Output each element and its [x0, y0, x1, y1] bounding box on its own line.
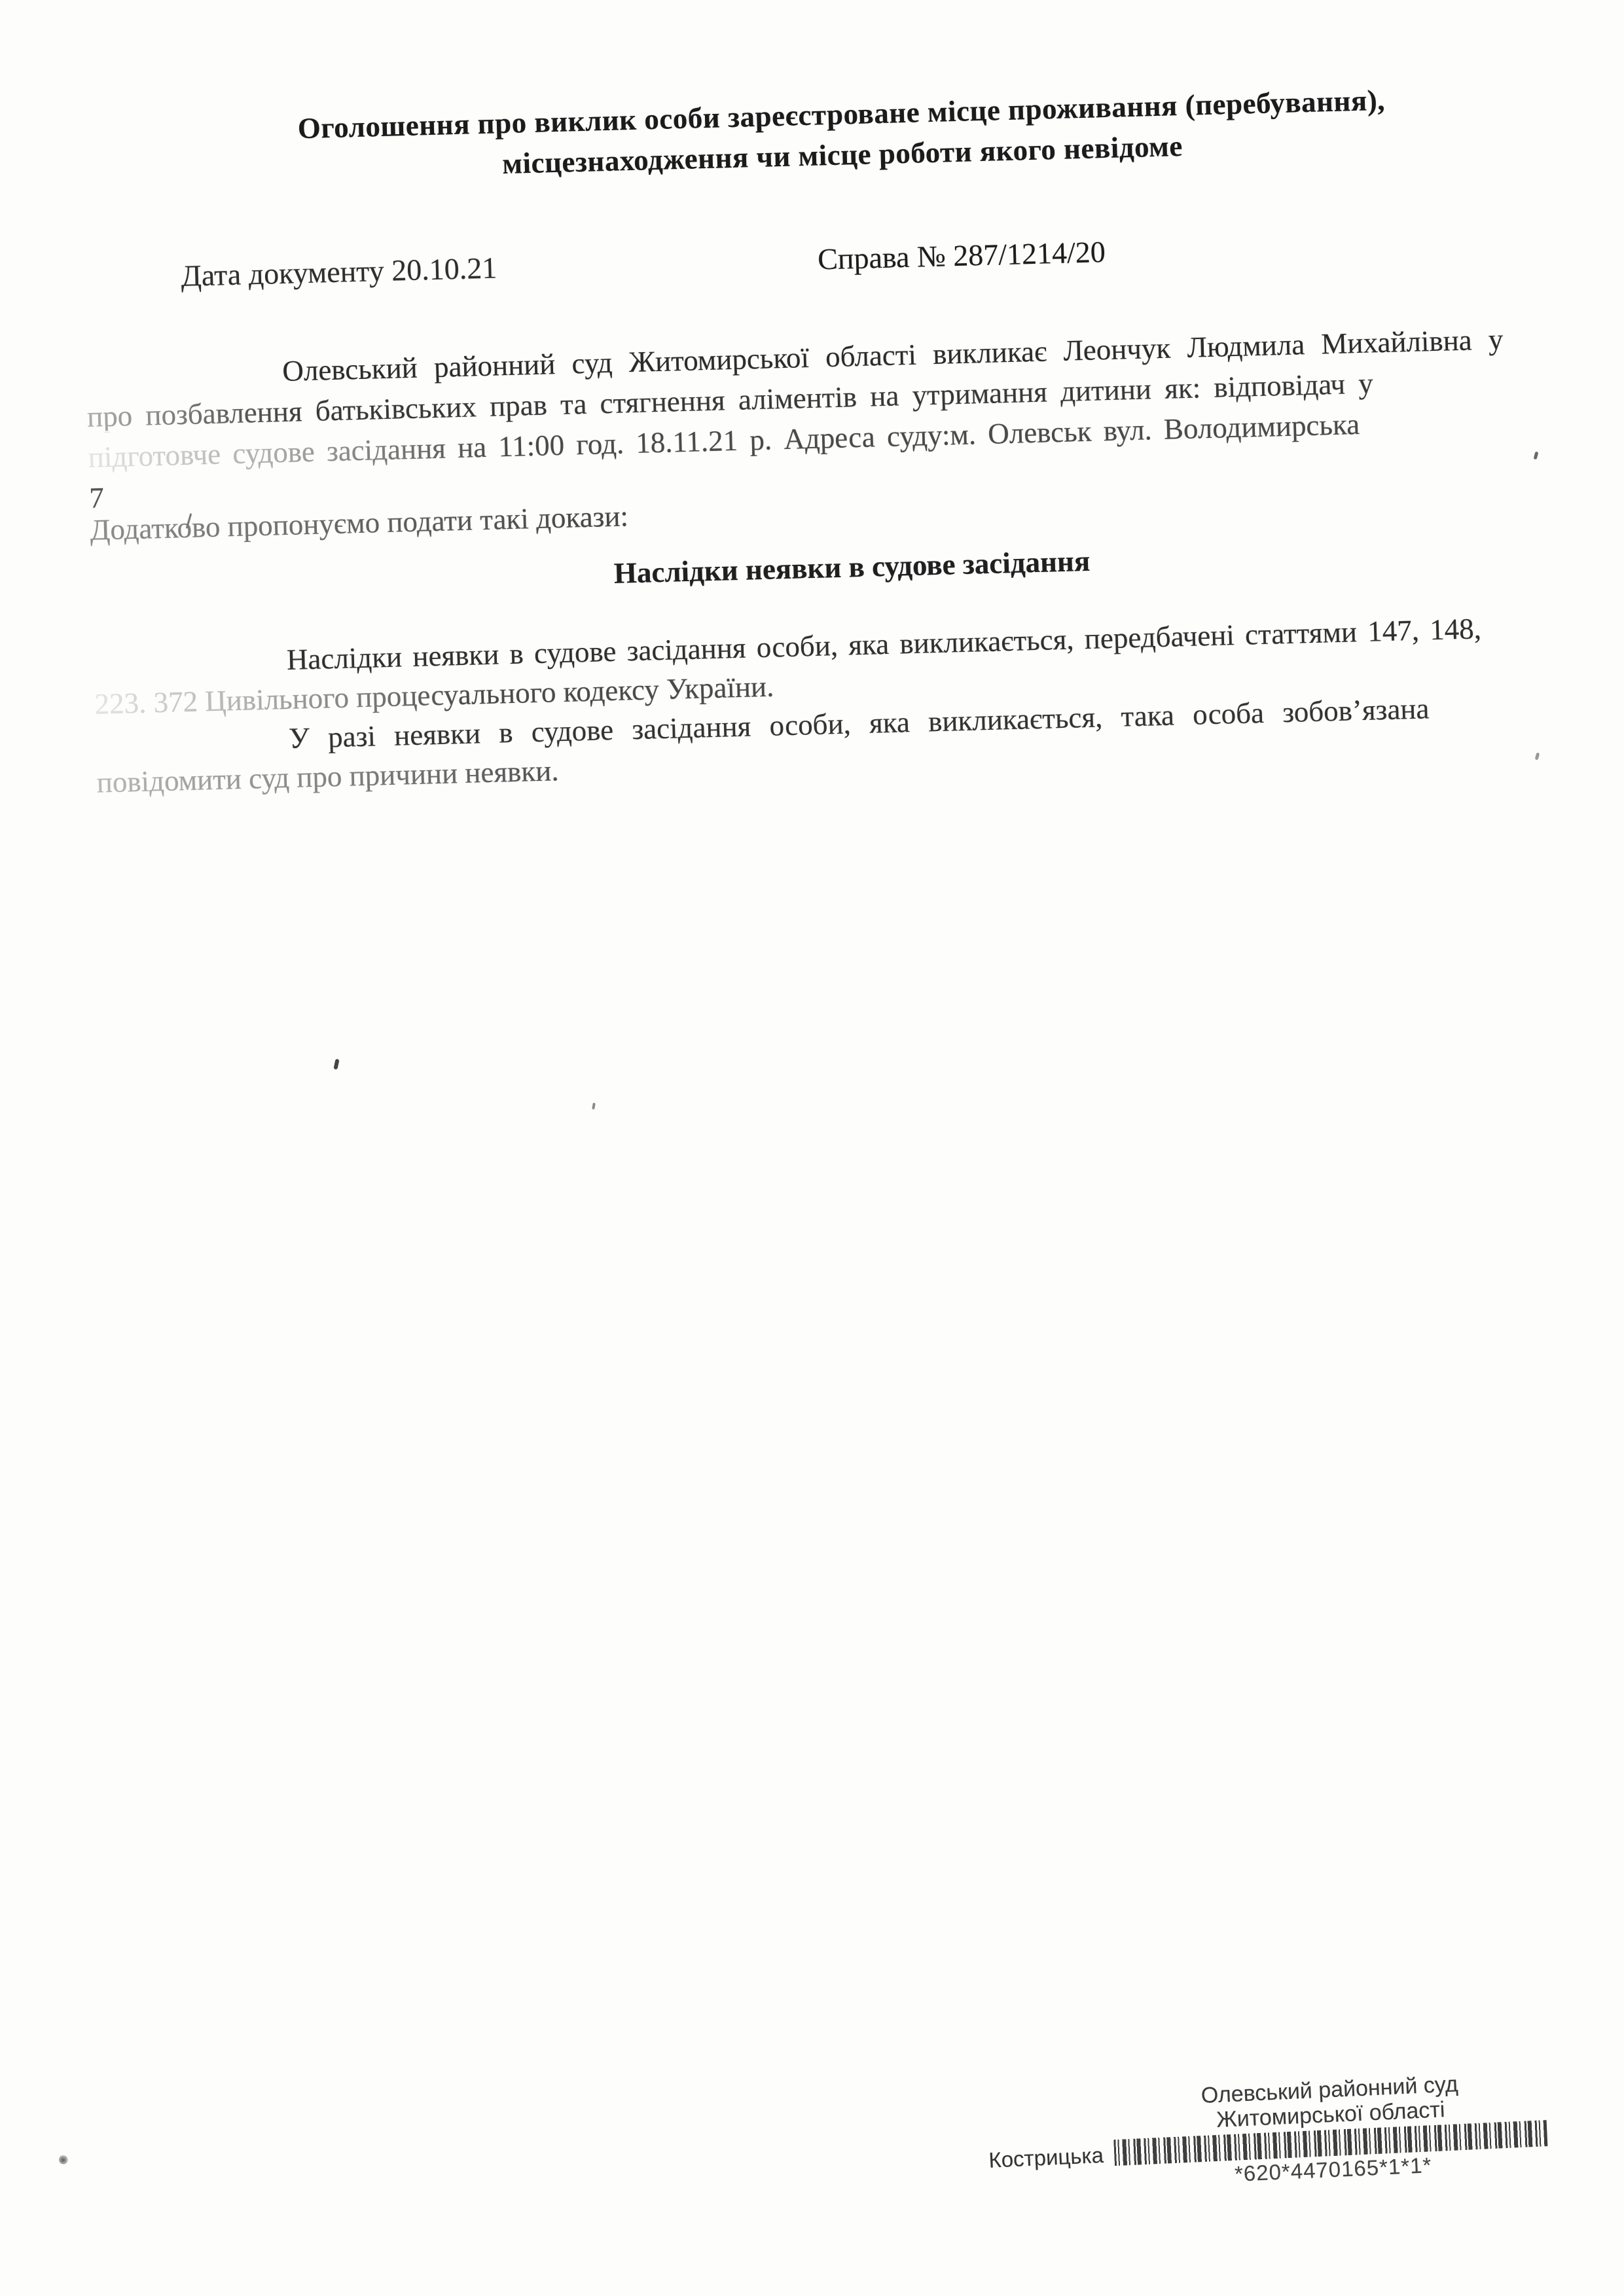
- case-label: Справа №: [818, 239, 947, 276]
- document-title: Оголошення про виклик особи зареєстрован…: [121, 75, 1562, 194]
- section-heading: Наслідки неявки в судове засідання: [132, 531, 1572, 603]
- case-number: Справа № 287/1214/20: [817, 234, 1106, 276]
- scanned-document-page: Оголошення про виклик особи зареєстрован…: [0, 0, 1624, 2296]
- scan-speck: [1534, 452, 1539, 460]
- scan-speck: [59, 2155, 68, 2164]
- document-date: Дата документу 20.10.21: [181, 250, 497, 293]
- scan-speck: [592, 1103, 596, 1110]
- consequences-paragraphs: Наслідки неявки в судове засідання особи…: [93, 607, 1537, 802]
- court-stamp: Олевський районний суд Житомирської обла…: [985, 2055, 1567, 2219]
- document-content: Оголошення про виклик особи зареєстрован…: [77, 0, 1542, 984]
- case-value: 287/1214/20: [953, 235, 1106, 272]
- document-meta-row: Дата документу 20.10.21 Справа № 287/121…: [83, 223, 1524, 307]
- signer-name: Кострицька: [988, 2143, 1104, 2173]
- date-value: 20.10.21: [391, 251, 497, 287]
- scan-speck: [333, 1059, 339, 1070]
- summons-paragraph: Олевський районний суд Житомирської обла…: [86, 318, 1530, 518]
- date-label: Дата документу: [181, 254, 385, 293]
